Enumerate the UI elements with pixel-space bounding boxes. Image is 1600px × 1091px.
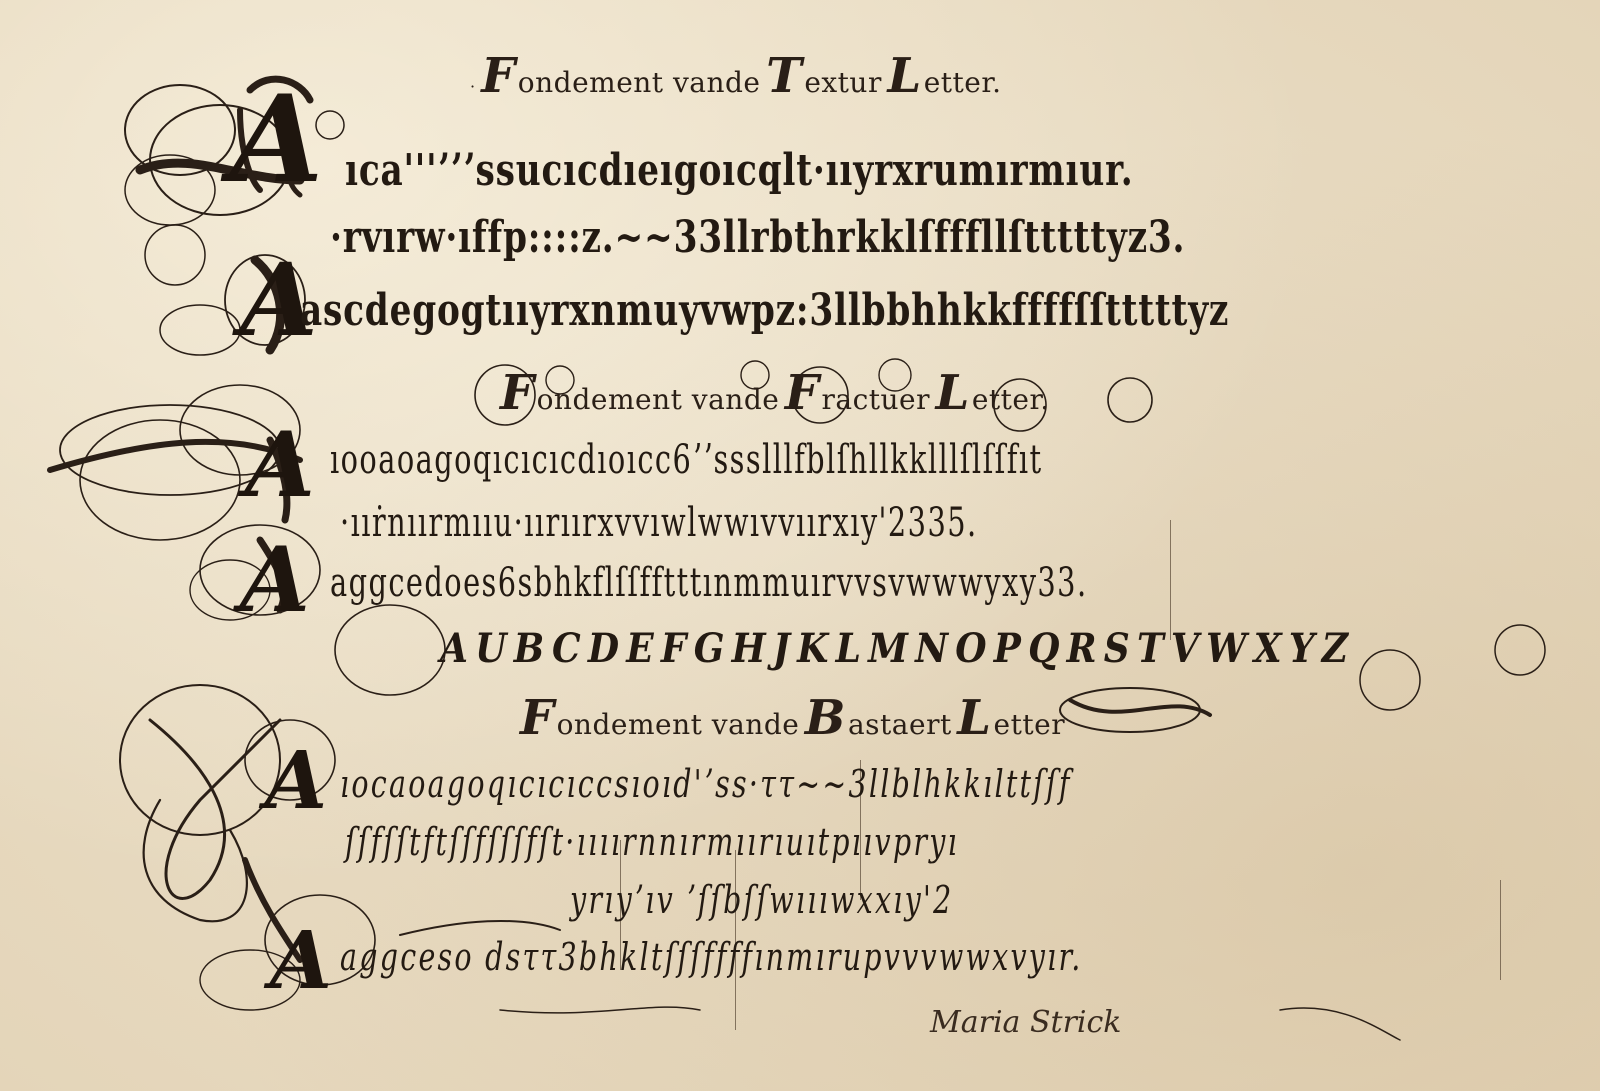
heading-cap2: F — [785, 365, 820, 421]
decorative-initial: A — [240, 535, 310, 625]
bastaert-row-1: ıocaoagoqıcıcıccsıoıd'ʼss·ττ~~3llblhkkıl… — [340, 762, 1072, 806]
textur-row-3: ascdegogtııyrxnmuyvwpz:3llbbhhkkffffſſtt… — [300, 285, 1229, 336]
section-heading-textur: · Fondement vande Textur Letter. — [470, 48, 1002, 104]
heading-word2: ractuer — [821, 383, 930, 416]
heading-word2: extur — [804, 66, 882, 99]
fractur-capitals: AUBCDEFGHJKLMNOPQRSTVWXYZ — [440, 625, 1355, 672]
heading-word3: etter. — [972, 383, 1050, 416]
bastaert-row-3: yrıyʼıv ʼſſbſſwıııwxxıy'2 — [570, 878, 953, 922]
heading-cap: F — [481, 48, 516, 104]
textur-row-2: ·rvırw·ıffp::::z.~~33llrbthrkklſfffllſtt… — [330, 212, 1185, 263]
heading-rest: ondement vande — [537, 383, 780, 416]
decorative-initial: A — [230, 80, 323, 200]
section-heading-bastaert: Fondement vande Bastaert Letter — [520, 690, 1065, 746]
heading-word2: astaert — [848, 708, 952, 741]
fractur-row-3: aggcedoes6sbhkflſſfftttınmmuırvvsvwwwyxy… — [330, 560, 1088, 606]
signature: Maria Strick — [930, 1005, 1121, 1040]
fractur-row-1: ıooaoagoqıcıcıcdıoıcc6ʼʼssslllfblſhllkkl… — [330, 437, 1043, 483]
decorative-initial: A — [245, 420, 315, 510]
fractur-row-2: ·ııṙnıırmııu·ıırıırxvvıwlwwıvvıırxıy'233… — [340, 500, 978, 546]
heading-cap: F — [500, 365, 535, 421]
heading-cap: F — [520, 690, 555, 746]
heading-cap3: L — [936, 365, 970, 421]
heading-prefix: · — [470, 77, 476, 96]
calligraphy-page: · Fondement vande Textur Letter. A A ıca… — [0, 0, 1600, 1091]
decorative-initial: A — [265, 740, 327, 820]
heading-word3: etter — [994, 708, 1066, 741]
section-heading-fractuer: Fondement vande Fractuer Letter. — [500, 365, 1050, 421]
heading-rest: ondement vande — [518, 66, 761, 99]
bastaert-row-4: aggceso dsττ3bhkltſſſffffınmırupvvvwwxvy… — [340, 935, 1083, 979]
hairline — [1170, 520, 1171, 640]
decorative-initial: A — [270, 920, 332, 1000]
heading-cap2: B — [805, 690, 846, 746]
heading-cap3: L — [887, 48, 921, 104]
textur-row-1: ıca'''ʼʼʼssucıcdıeıgoıcqlt·ııyrxrumırmıu… — [345, 145, 1134, 196]
heading-cap2: T — [766, 48, 802, 104]
bastaert-row-2: ſſfſſtftſſfſſſfſt·ıııırnnırmıırıuıtpııvp… — [345, 820, 959, 864]
heading-cap3: L — [957, 690, 991, 746]
heading-rest: ondement vande — [557, 708, 800, 741]
hairline — [1500, 880, 1501, 980]
heading-word3: etter. — [924, 66, 1002, 99]
